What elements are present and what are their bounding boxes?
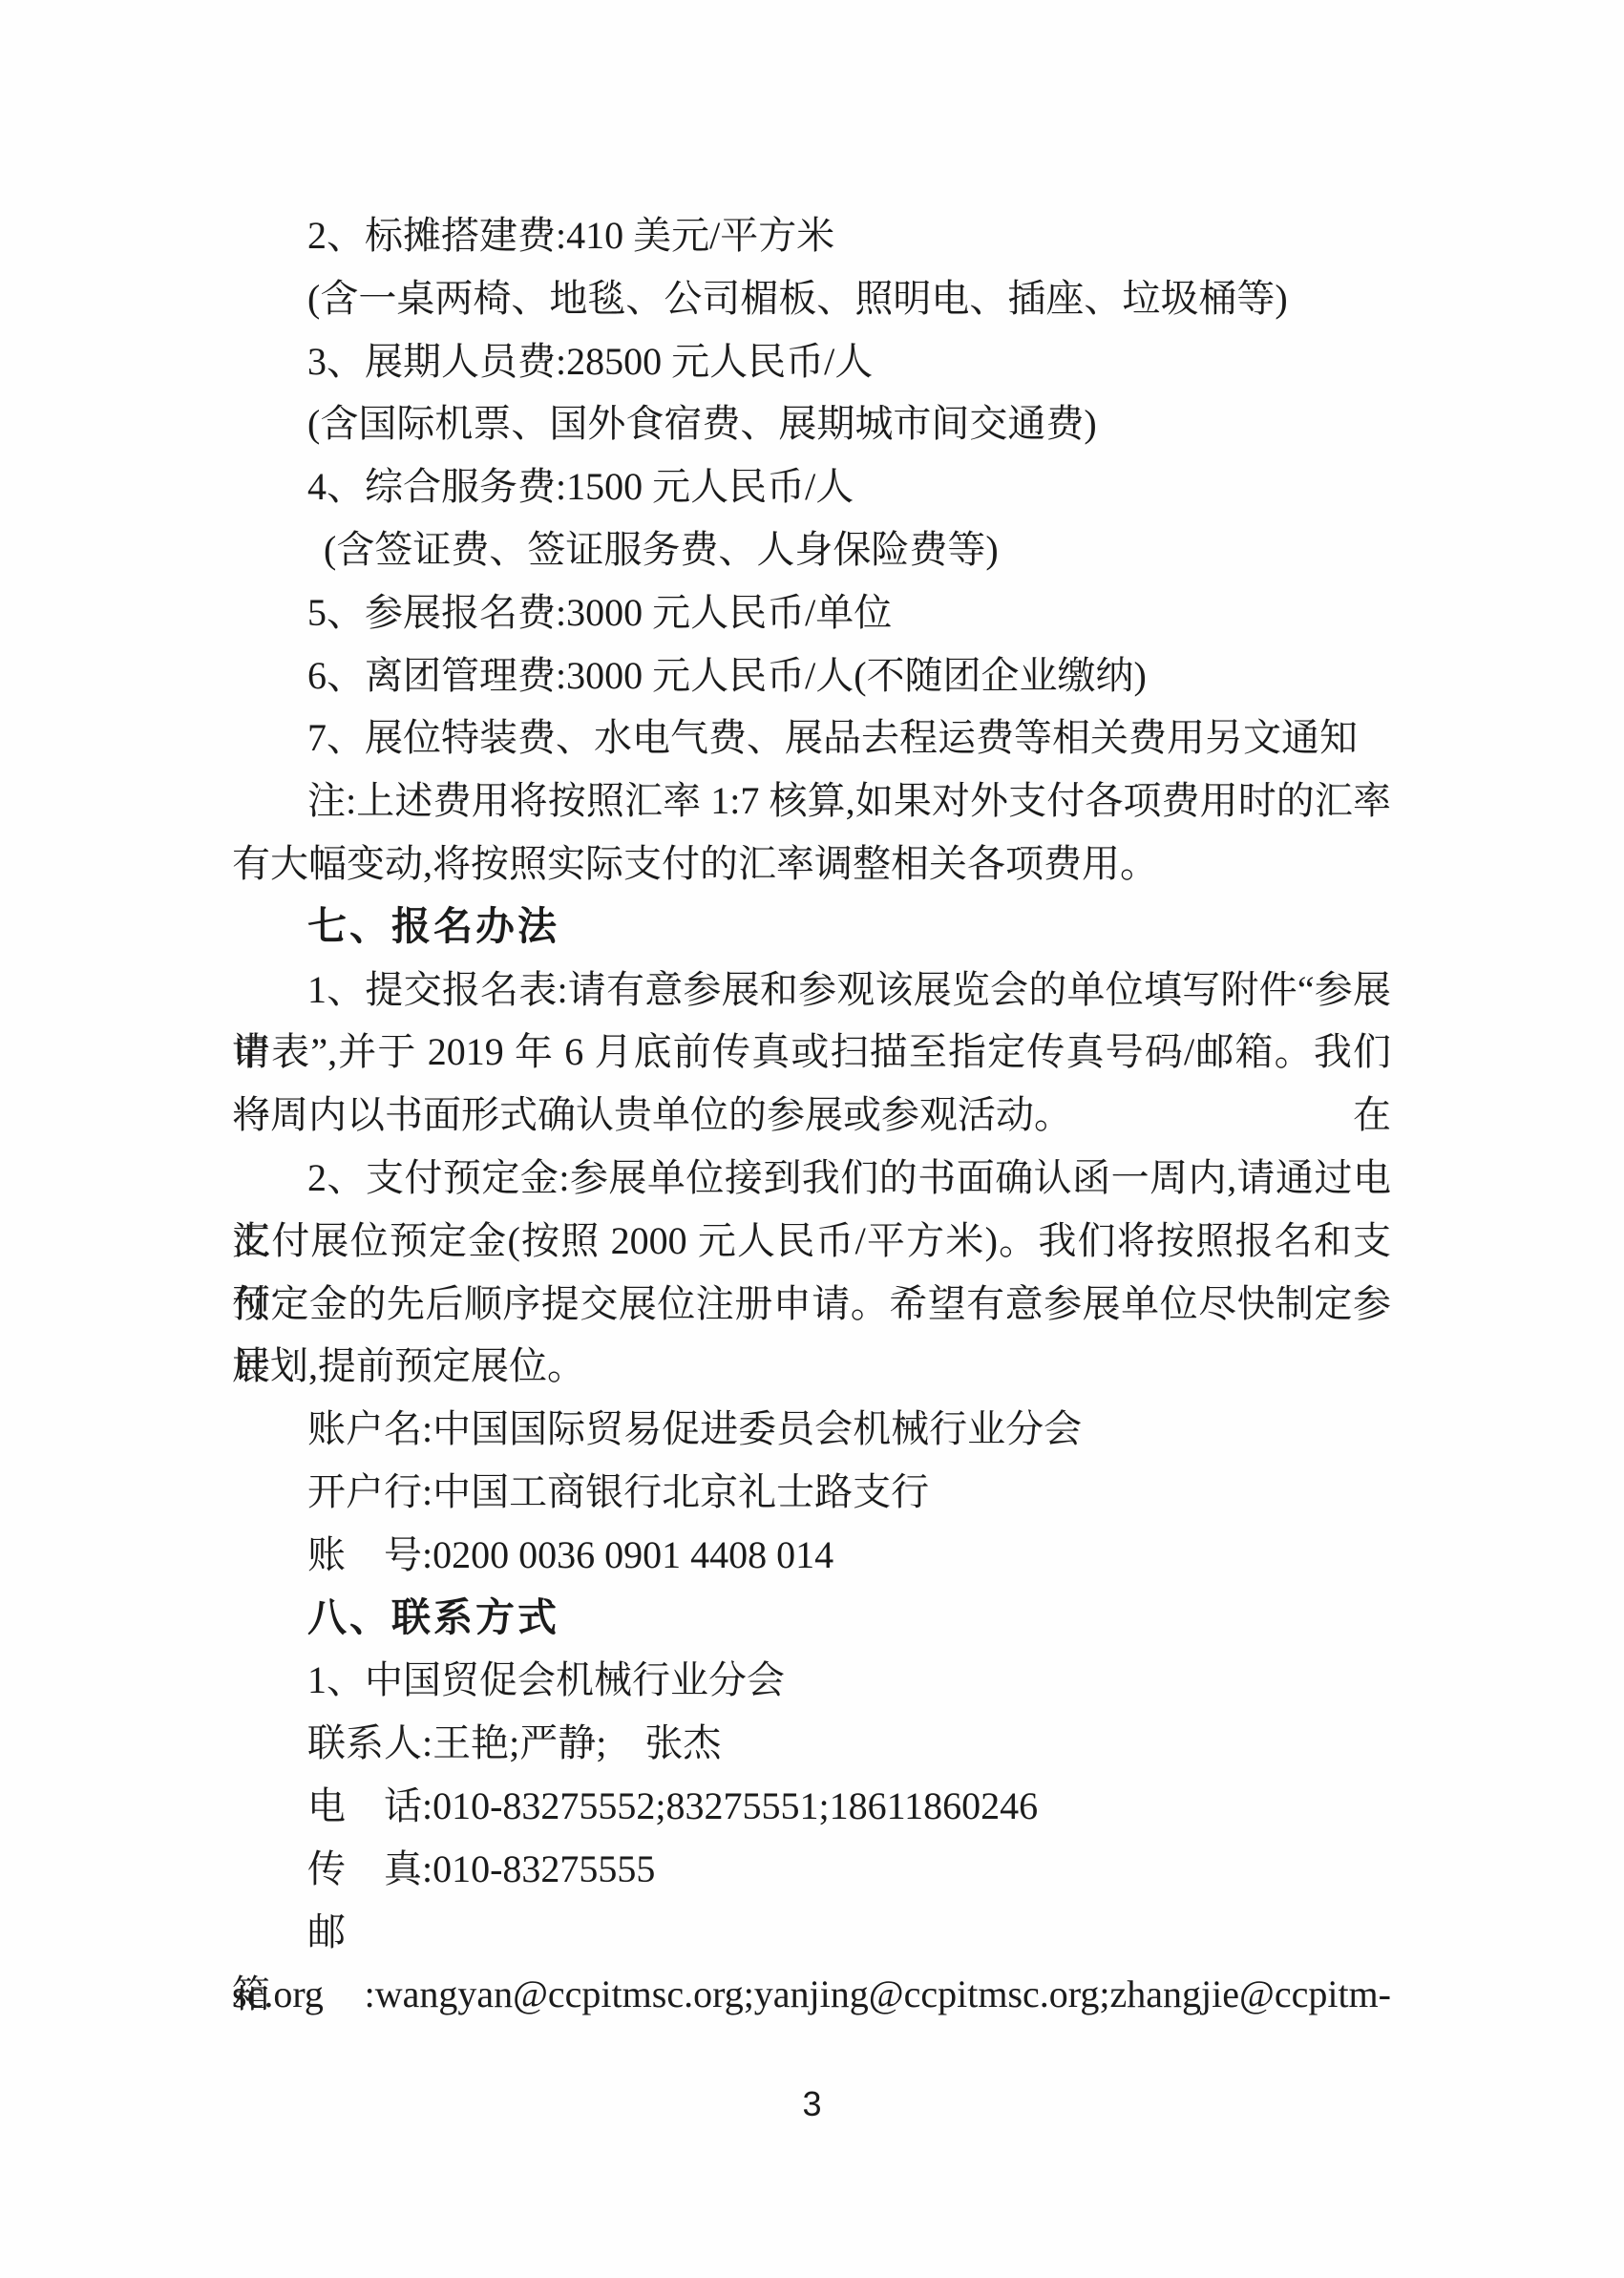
doc-line-org-name: 1、中国贸促会机械行业分会 xyxy=(232,1649,1391,1712)
section-heading-signup: 七、报名办法 xyxy=(232,896,1391,959)
doc-line-account-name: 账户名:中国国际贸易促进委员会机械行业分会 xyxy=(232,1398,1391,1461)
document-body: 2、标摊搭建费:410 美元/平方米 (含一桌两椅、地毯、公司楣板、照明电、插座… xyxy=(232,204,1391,2026)
section-heading-contact: 八、联系方式 xyxy=(232,1587,1391,1650)
doc-line-account-number: 账 号:0200 0036 0901 4408 014 xyxy=(232,1524,1391,1587)
doc-line-other-fees: 7、展位特装费、水电气费、展品去程运费等相关费用另文通知 xyxy=(232,707,1391,770)
doc-line-registration-fee: 5、参展报名费:3000 元人民币/单位 xyxy=(232,581,1391,644)
doc-line-submit-form-2: 请表”,并于 2019 年 6 月底前传真或扫描至指定传真号码/邮箱。我们将在 xyxy=(232,1021,1391,1084)
doc-line-phone: 电 话:010-83275552;83275551;18611860246 xyxy=(232,1775,1391,1838)
doc-line-staff-fee: 3、展期人员费:28500 元人民币/人 xyxy=(232,330,1391,393)
doc-line-service-fee: 4、综合服务费:1500 元人民币/人 xyxy=(232,455,1391,518)
doc-line-submit-form-1: 1、提交报名表:请有意参展和参观该展览会的单位填写附件“参展申 xyxy=(232,959,1391,1022)
doc-line-deposit-4: 计划,提前预定展位。 xyxy=(232,1335,1391,1398)
doc-line-email-1: 邮 箱:wangyan@ccpitmsc.org;yanjing@ccpitms… xyxy=(232,1901,1391,1964)
doc-line-exchange-note-1: 注:上述费用将按照汇率 1:7 核算,如果对外支付各项费用时的汇率 xyxy=(232,770,1391,833)
document-page: 2、标摊搭建费:410 美元/平方米 (含一桌两椅、地毯、公司楣板、照明电、插座… xyxy=(0,0,1624,2278)
doc-line-fax: 传 真:010-83275555 xyxy=(232,1838,1391,1901)
doc-line-contact-persons: 联系人:王艳;严静; 张杰 xyxy=(232,1712,1391,1775)
doc-line-deposit-3: 预定金的先后顺序提交展位注册申请。希望有意参展单位尽快制定参展 xyxy=(232,1273,1391,1336)
doc-line-exchange-note-2: 有大幅变动,将按照实际支付的汇率调整相关各项费用。 xyxy=(232,833,1391,896)
page-number: 3 xyxy=(0,2084,1624,2124)
doc-line-staff-fee-note: (含国际机票、国外食宿费、展期城市间交通费) xyxy=(232,392,1391,455)
doc-line-service-fee-note: (含签证费、签证服务费、人身保险费等) xyxy=(232,518,1391,581)
doc-line-management-fee: 6、离团管理费:3000 元人民币/人(不随团企业缴纳) xyxy=(232,644,1391,707)
doc-line-bank-name: 开户行:中国工商银行北京礼士路支行 xyxy=(232,1461,1391,1524)
doc-line-deposit-1: 2、支付预定金:参展单位接到我们的书面确认函一周内,请通过电汇 xyxy=(232,1147,1391,1210)
doc-line-booth-fee: 2、标摊搭建费:410 美元/平方米 xyxy=(232,204,1391,267)
doc-line-deposit-2: 支付展位预定金(按照 2000 元人民币/平方米)。我们将按照报名和支付 xyxy=(232,1210,1391,1273)
doc-line-booth-fee-note: (含一桌两椅、地毯、公司楣板、照明电、插座、垃圾桶等) xyxy=(232,267,1391,330)
